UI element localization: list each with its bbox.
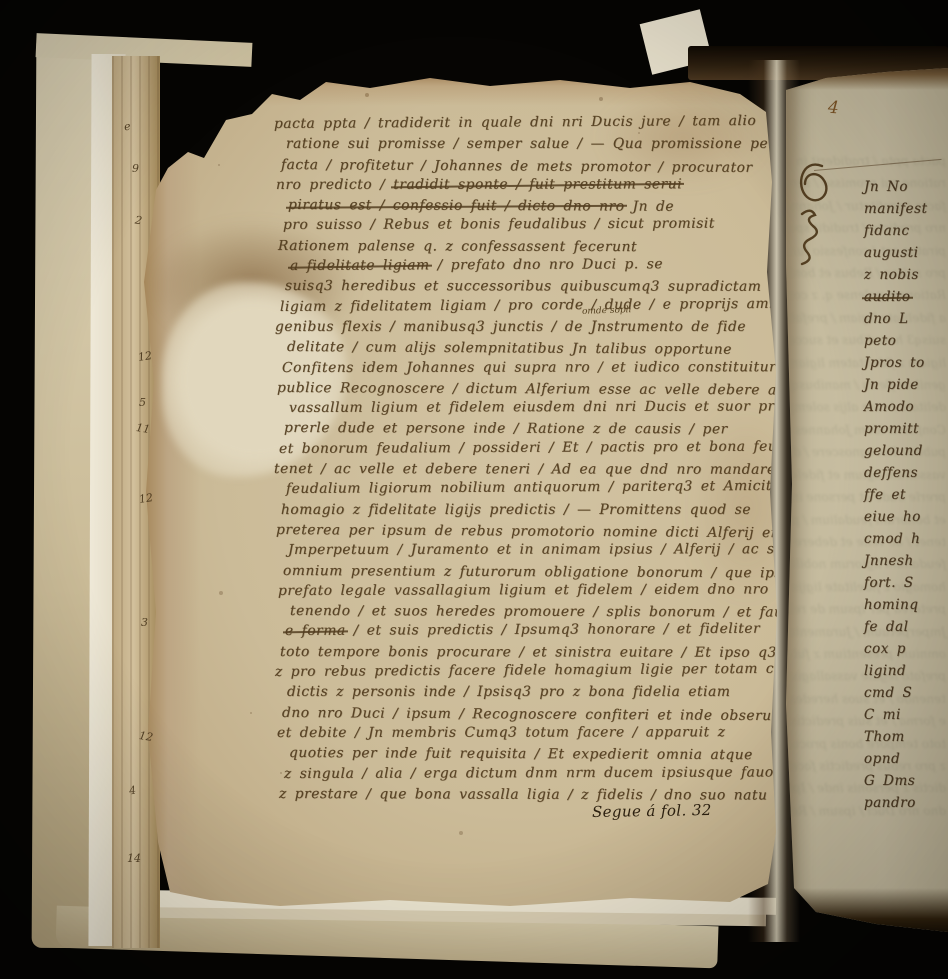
- interlinear-insertion: omde sopli: [582, 305, 632, 317]
- margin-numeral: e: [123, 120, 131, 134]
- line-text: Jpros to: [864, 355, 925, 371]
- manuscript-line: ffe et: [864, 484, 948, 506]
- manuscript-text-right: Jn Nomanifestfidancaugustiz nobisauditod…: [864, 176, 948, 814]
- line-text: manifest: [864, 201, 928, 217]
- manuscript-line: ligiam z fidelitatem ligiam / pro corde …: [280, 293, 786, 316]
- manuscript-line: gelound: [864, 440, 948, 462]
- line-text: z pro rebus predictis facere fidele homa…: [275, 660, 837, 680]
- manuscript-line: augusti: [864, 242, 948, 264]
- line-text: ratione sui promisse / semper salue / — …: [286, 136, 775, 152]
- line-text: G Dms: [864, 773, 915, 789]
- line-text: preterea per ipsum de rebus promotorio n…: [276, 522, 793, 541]
- line-text: pro suisso / Rebus et bonis feudalibus /…: [283, 216, 715, 233]
- line-text: eiue ho: [864, 509, 921, 525]
- line-text: genibus flexis / manibusq3 junctis / de …: [275, 319, 746, 335]
- manuscript-line: a fidelitate ligiam / prefato dno nro Du…: [290, 254, 796, 277]
- line-text: Confitens idem Johannes qui supra nro / …: [282, 359, 776, 376]
- line-text: deffens: [864, 465, 918, 481]
- struck-passage: audito: [864, 289, 911, 305]
- line-text: cmd S: [864, 685, 912, 701]
- line-text: suisq3 heredibus et successoribus quibus…: [285, 278, 761, 295]
- manuscript-line: pandro: [864, 792, 948, 814]
- line-text: peto: [864, 333, 896, 349]
- manuscript-line: z singula / alia / erga dictum dnm nrm d…: [284, 762, 790, 784]
- manuscript-line: C mi: [864, 704, 948, 726]
- manuscript-line: opnd: [864, 748, 948, 770]
- manuscript-line: fidanc: [864, 220, 948, 242]
- manuscript-line: peto: [864, 330, 948, 352]
- struck-passage: tradidit sponte / fuit prestitum serui: [393, 176, 682, 192]
- folio-number: 4: [827, 98, 839, 119]
- line-text: Jn pide: [864, 377, 919, 393]
- manuscript-line: et debite / Jn membris Cumq3 totum facer…: [277, 722, 783, 743]
- line-text: / prefato dno nro Duci p. se: [430, 256, 664, 273]
- manuscript-line: z nobis: [864, 264, 948, 286]
- line-text: fort. S: [864, 575, 914, 591]
- manuscript-line: nro predicto / tradidit sponte / fuit pr…: [276, 174, 782, 195]
- manuscript-line: Jnnesh: [864, 550, 948, 572]
- line-text: Jn No: [864, 179, 908, 195]
- line-text: ligiam z fidelitatem ligiam / pro corde …: [280, 295, 795, 314]
- manuscript-line: cmd S: [864, 682, 948, 704]
- margin-numeral: 11: [135, 421, 151, 436]
- line-text: Thom: [864, 729, 905, 745]
- manuscript-line: homagio z fidelitate ligijs predictis / …: [281, 500, 787, 520]
- line-text: pacta ppta / tradiderit in quale dni nri…: [274, 113, 756, 132]
- struck-passage: e forma: [285, 623, 346, 639]
- manuscript-line: prefato legale vassallagium ligium et fi…: [278, 579, 784, 601]
- manuscript-line: Confitens idem Johannes qui supra nro / …: [282, 357, 788, 378]
- line-text: gelound: [864, 443, 923, 459]
- manuscript-line: cox p: [864, 638, 948, 660]
- catchword-note: Segue á fol. 32: [592, 801, 712, 821]
- line-text: prerle dude et persone inde / Ratione z …: [284, 420, 728, 437]
- line-text: nro predicto /: [276, 177, 393, 193]
- line-text: ffe et: [864, 487, 906, 503]
- manuscript-line: Jn pide: [864, 374, 948, 396]
- margin-numeral: 12: [137, 349, 153, 364]
- margin-numeral: 12: [138, 729, 154, 744]
- margin-numeral: 12: [138, 491, 154, 506]
- line-text: dno L: [864, 311, 908, 327]
- line-text: Jn de: [625, 199, 675, 215]
- line-text: cox p: [864, 641, 906, 657]
- line-text: toto tempore bonis procurare / et sinist…: [280, 644, 803, 661]
- line-text: fe dal: [864, 619, 909, 635]
- manuscript-line: pacta ppta / tradiderit in quale dni nri…: [274, 111, 780, 134]
- manuscript-line: Jmperpetuum / Juramento et in animam ips…: [288, 539, 794, 560]
- line-text: z nobis: [864, 267, 919, 283]
- manuscript-line: Thom: [864, 726, 948, 748]
- manuscript-line: pro suisso / Rebus et bonis feudalibus /…: [283, 214, 789, 236]
- struck-passage: piratus est / confessio fuit / dicto dno…: [288, 197, 625, 215]
- manuscript-line: Jpros to: [864, 352, 948, 374]
- line-text: Jmperpetuum / Juramento et in animam ips…: [288, 541, 858, 558]
- line-text: vassallum ligium et fidelem eiusdem dni …: [289, 398, 821, 416]
- line-text: quoties per inde fuit requisita / Et exp…: [289, 745, 753, 763]
- margin-numeral: 9: [132, 162, 139, 175]
- manuscript-line: fort. S: [864, 572, 948, 594]
- manuscript-line: feudalium ligiorum nobilium antiquorum /…: [286, 476, 792, 499]
- manuscript-line: eiue ho: [864, 506, 948, 528]
- line-text: prefato legale vassallagium ligium et fi…: [278, 581, 811, 599]
- line-text: augusti: [864, 245, 919, 261]
- line-text: Jnnesh: [864, 553, 914, 569]
- manuscript-line: fe dal: [864, 616, 948, 638]
- manuscript-text-left: pacta ppta / tradiderit in quale dni nri…: [282, 114, 788, 804]
- manuscript-line: promitt: [864, 418, 948, 440]
- line-text: delitate / cum alijs solempnitatibus Jn …: [287, 339, 732, 358]
- margin-numeral: 3: [141, 616, 148, 629]
- left-page: pacta ppta / tradiderit in quale dni nri…: [130, 72, 782, 918]
- margin-numeral: 5: [139, 396, 146, 409]
- manuscript-line: ligind: [864, 660, 948, 682]
- manuscript-line: G Dms: [864, 770, 948, 792]
- manuscript-line: dno L: [864, 308, 948, 330]
- manuscript-line: z pro rebus predictis facere fidele homa…: [275, 659, 781, 682]
- line-text: ligind: [864, 663, 906, 679]
- line-text: z singula / alia / erga dictum dnm nrm d…: [284, 764, 790, 782]
- manuscript-line: dictis z personis inde / Ipsisq3 pro z b…: [287, 682, 793, 702]
- line-text: facta / profitetur / Johannes de mets pr…: [281, 157, 753, 176]
- manuscript-photo-stage: pacta ppta / tradiderit in quale dni nri…: [0, 0, 948, 979]
- manuscript-line: vassallum ligium et fidelem eiusdem dni …: [289, 397, 795, 419]
- line-text: opnd: [864, 751, 900, 767]
- line-text: Amodo: [864, 399, 914, 415]
- manuscript-line: e forma / et suis predictis / Ipsumq3 ho…: [285, 619, 791, 642]
- manuscript-line: hominq: [864, 594, 948, 616]
- struck-passage: a fidelitate ligiam: [290, 257, 430, 274]
- margin-numeral: 14: [127, 852, 141, 865]
- line-text: / et suis predictis / Ipsumq3 honorare /…: [346, 621, 761, 639]
- line-text: promitt: [864, 421, 919, 437]
- line-text: dictis z personis inde / Ipsisq3 pro z b…: [287, 684, 731, 700]
- line-text: et bonorum feudalium / possideri / Et / …: [279, 438, 814, 457]
- line-text: hominq: [864, 597, 919, 613]
- manuscript-line: ratione sui promisse / semper salue / — …: [286, 134, 792, 154]
- line-text: fidanc: [864, 223, 910, 239]
- manuscript-line: Amodo: [864, 396, 948, 418]
- line-text: pandro: [864, 795, 916, 811]
- line-text: C mi: [864, 707, 901, 723]
- manuscript-line: cmod h: [864, 528, 948, 550]
- manuscript-line: genibus flexis / manibusq3 junctis / de …: [275, 317, 781, 337]
- line-text: homagio z fidelitate ligijs predictis / …: [281, 502, 751, 518]
- right-page: pacta ppta / tradiderit in quale dni nri…: [786, 64, 948, 932]
- manuscript-line: audito: [864, 286, 948, 308]
- line-text: et debite / Jn membris Cumq3 totum facer…: [277, 724, 726, 741]
- manuscript-line: manifest: [864, 198, 948, 220]
- manuscript-line: et bonorum feudalium / possideri / Et / …: [279, 436, 785, 459]
- manuscript-line: deffens: [864, 462, 948, 484]
- line-text: Rationem palense q. z confessassent fece…: [278, 238, 637, 255]
- manuscript-line: Jn No: [864, 176, 948, 198]
- line-text: cmod h: [864, 531, 920, 547]
